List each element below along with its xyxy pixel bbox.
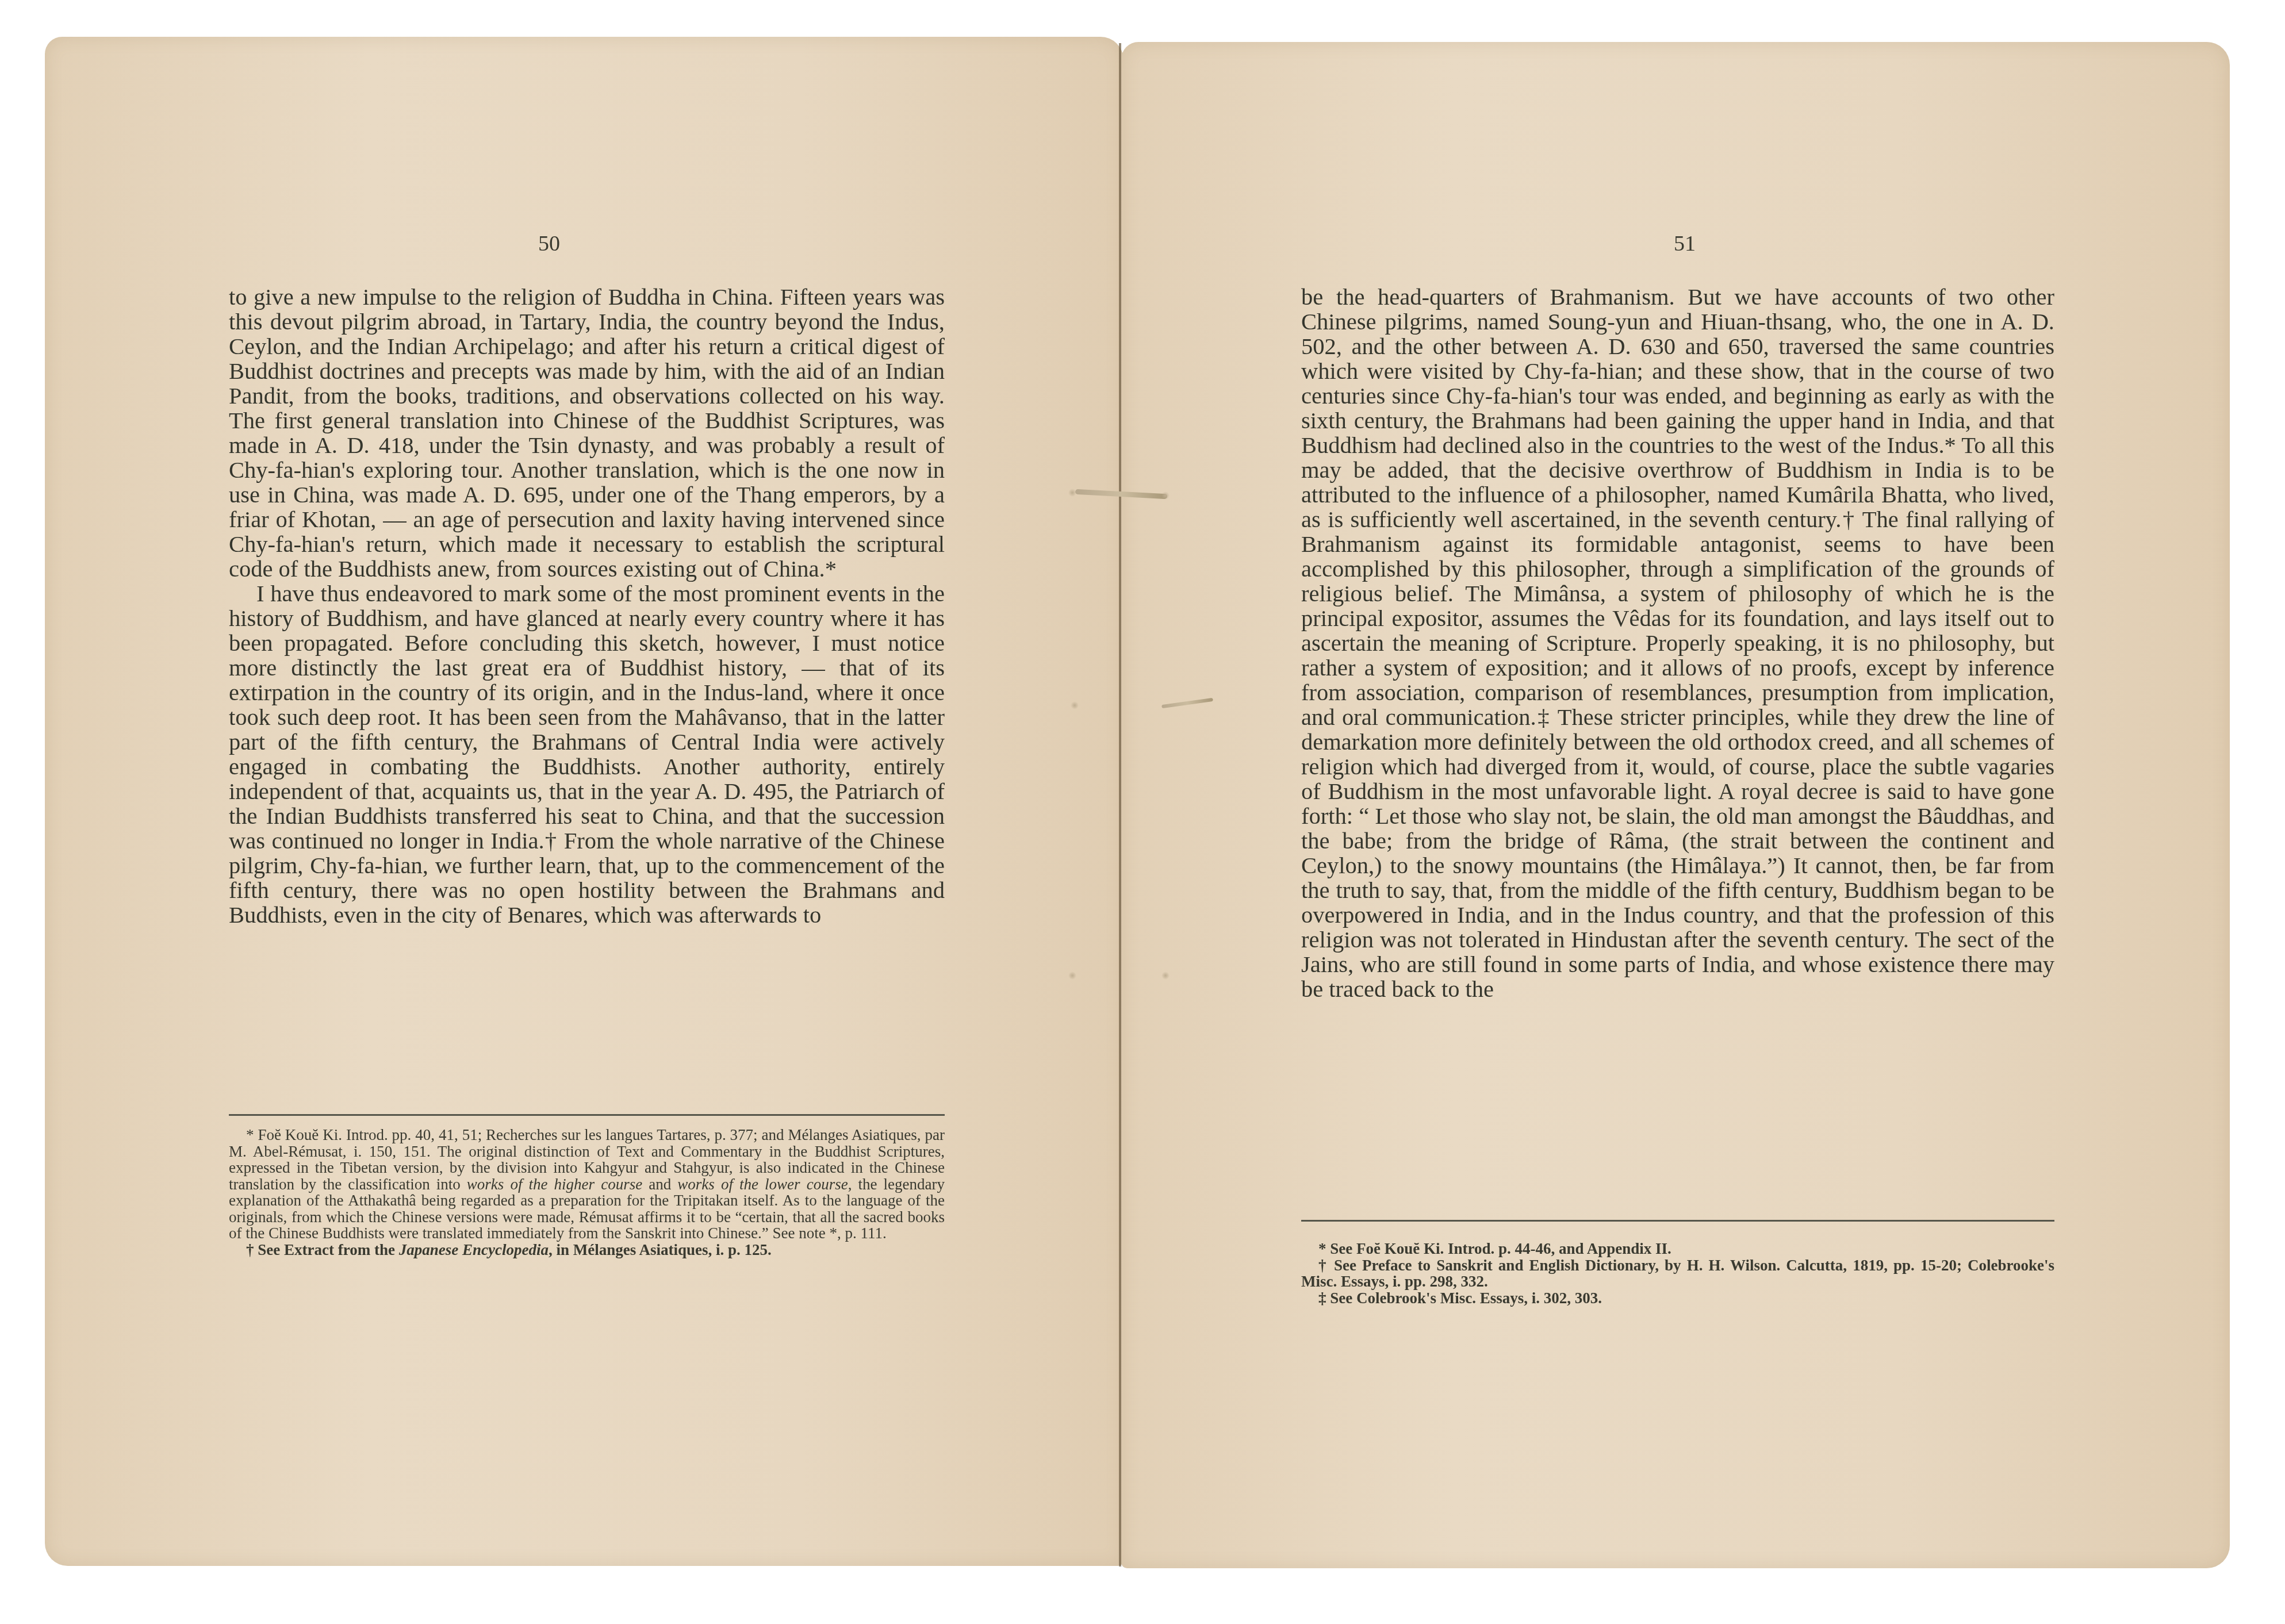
left-page-body: to give a new impulse to the religion of… [229, 285, 945, 927]
page-number-right: 51 [1656, 231, 1713, 256]
footnote: * See Foĕ Kouĕ Ki. Introd. p. 44-46, and… [1301, 1241, 2054, 1257]
stitch-hole [1161, 492, 1170, 500]
left-page-footnotes: * Foĕ Kouĕ Ki. Introd. pp. 40, 41, 51; R… [229, 1127, 945, 1258]
footnote: ‡ See Colebrook's Misc. Essays, i. 302, … [1301, 1290, 2054, 1307]
stitch-hole [1161, 972, 1170, 980]
book-spine [1119, 43, 1121, 1567]
footnote-divider [229, 1114, 945, 1116]
paragraph: be the head-quarters of Brahmanism. But … [1301, 285, 2054, 1001]
paragraph: I have thus endeavored to mark some of t… [229, 581, 945, 927]
stitch-hole [1071, 701, 1079, 709]
footnote-divider [1301, 1220, 2054, 1222]
paragraph: to give a new impulse to the religion of… [229, 285, 945, 581]
footnote: † See Extract from the Japanese Encyclop… [229, 1242, 945, 1258]
footnote: * Foĕ Kouĕ Ki. Introd. pp. 40, 41, 51; R… [229, 1127, 945, 1242]
page-number-left: 50 [520, 231, 578, 256]
stitch-hole [1068, 972, 1076, 980]
right-page-body: be the head-quarters of Brahmanism. But … [1301, 285, 2054, 1001]
right-page-footnotes: * See Foĕ Kouĕ Ki. Introd. p. 44-46, and… [1301, 1241, 2054, 1306]
footnote: † See Preface to Sanskrit and English Di… [1301, 1257, 2054, 1290]
stitch-hole [1068, 489, 1076, 497]
